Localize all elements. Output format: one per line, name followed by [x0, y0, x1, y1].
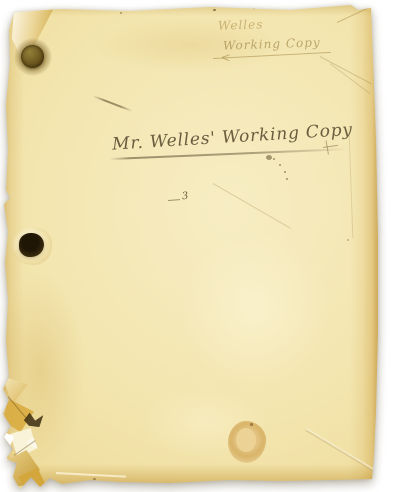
- torn-shard: [6, 450, 40, 486]
- pencil-note-underline: [213, 52, 331, 59]
- punch-hole-icon: [19, 233, 44, 257]
- right-edge-shading: [350, 0, 378, 492]
- crease-bottom-left: [56, 472, 126, 478]
- speck: [93, 478, 96, 480]
- crease-middle: [213, 183, 291, 229]
- handwritten-title: Mr. Welles' Working Copy: [112, 119, 363, 154]
- left-edge-shading: [0, 0, 24, 492]
- brass-fastener-icon: [21, 45, 44, 68]
- speck: [253, 7, 255, 9]
- dotted-mark: [286, 178, 288, 180]
- crease-top-right-1: [320, 56, 372, 84]
- torn-shard: [4, 398, 34, 432]
- light-mottle-bottom: [120, 376, 290, 471]
- dark-mottle-left: [0, 240, 100, 492]
- crease-right-vertical: [349, 128, 354, 238]
- top-edge-shading: [0, 4, 394, 16]
- speck: [213, 9, 216, 11]
- stain-core: [236, 428, 256, 452]
- torn-top-left-corner: [12, 8, 54, 64]
- pencil-note-line2: Working Copy: [223, 35, 321, 52]
- pencil-note-line1: Welles: [218, 17, 264, 33]
- torn-shard: [2, 376, 28, 404]
- right-page-edge: [372, 0, 382, 492]
- tear-gap-white: [0, 430, 14, 474]
- light-mottle: [150, 200, 360, 420]
- dotted-mark: [273, 158, 275, 160]
- torn-shard: [10, 428, 36, 458]
- photo-background: Mr. Welles' Working Copy Welles Working …: [0, 0, 394, 492]
- bottom-edge-shading: [0, 464, 394, 486]
- pencil-note-arrowhead: [222, 54, 230, 58]
- torn-shard: [18, 468, 46, 490]
- dark-tear-mark: [23, 410, 45, 429]
- tear-gap-white: [26, 437, 38, 449]
- dotted-mark: [284, 171, 286, 173]
- plus-scribble: [326, 140, 329, 154]
- plus-scribble: [323, 145, 338, 148]
- annotation-dash: [168, 199, 180, 201]
- crease-scratch: [93, 95, 133, 112]
- crumple-crease: [8, 396, 28, 420]
- manuscript-cover: Mr. Welles' Working Copy Welles Working …: [0, 0, 394, 492]
- crease-top-right-2: [330, 63, 371, 94]
- fastener-shadow: [14, 38, 52, 76]
- vignette: [0, 0, 394, 492]
- speck: [120, 12, 122, 14]
- speck: [347, 239, 349, 241]
- stain-icon: [226, 419, 268, 465]
- manuscript-cover-wrap: Mr. Welles' Working Copy Welles Working …: [0, 0, 394, 492]
- pencil-smudge: [266, 155, 272, 160]
- crumple-crease: [14, 440, 36, 456]
- punch-hole-torn-ring: [10, 224, 55, 267]
- stain-speck: [250, 423, 253, 426]
- pencil-flick-line: [337, 7, 370, 23]
- pencil-note-arrowhead: [222, 57, 230, 61]
- dotted-mark: [279, 164, 281, 166]
- crease-bottom-right: [305, 428, 379, 474]
- page-annotation: 3: [181, 191, 189, 203]
